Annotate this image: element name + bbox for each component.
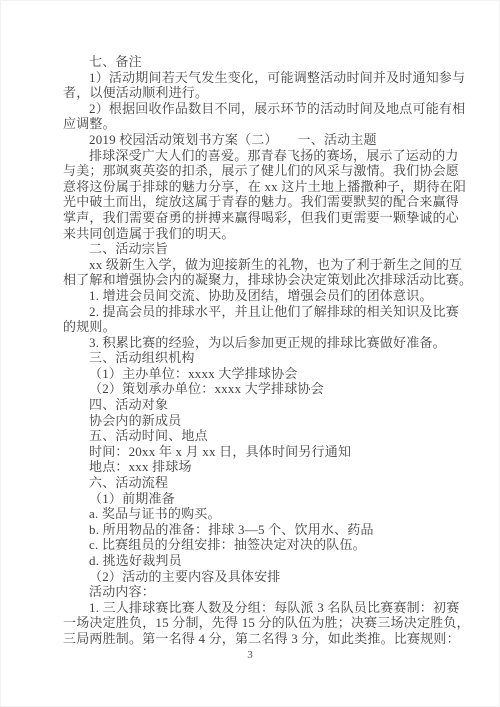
text-line: 1. 三人排球赛比赛人数及分组：每队派 3 名队员比赛赛制：初赛 [63,600,443,616]
page-number: 3 [1,649,499,661]
text-line: d. 挑选好裁判员 [63,553,443,569]
text-line: 排球深受广大人们的喜爱。那青春飞扬的赛场，展示了运动的力 [63,148,443,164]
text-line: （1）前期准备 [63,491,443,507]
text-line: 七、备注 [63,54,443,70]
text-line: 五、活动时间、地点 [63,428,443,444]
text-line: 与美；那飒爽英姿的扣杀，展示了健儿们的风采与激情。我们协会愿 [63,163,443,179]
text-line: 1）活动期间若天气发生变化，可能调整活动时间并及时通知参与 [63,70,443,86]
text-line: 2019 校园活动策划书方案（二） 一、活动主题 [63,132,443,148]
text-line: 的规则。 [63,319,443,335]
text-line: 相了解和增强协会内的凝聚力，排球协会决定策划此次排球活动比赛。 [63,272,443,288]
text-line: 2. 提高会员的排球水平，并且让他们了解排球的相关知识及比赛 [63,304,443,320]
text-line: 意将这份属于排球的魅力分享，在 xx 这片土地上播撒种子，期待在阳 [63,179,443,195]
text-line: 者，以便活动顺利进行。 [63,85,443,101]
document-lines: 七、备注1）活动期间若天气发生变化，可能调整活动时间并及时通知参与者，以便活动顺… [63,54,443,647]
text-line: 一场决定胜负，15 分制，先得 15 分的队伍为胜；决赛三场决定胜负， [63,615,443,631]
document-page: 七、备注1）活动期间若天气发生变化，可能调整活动时间并及时通知参与者，以便活动顺… [0,0,500,707]
text-line: c. 比赛组员的分组安排：抽签决定对决的队伍。 [63,537,443,553]
text-line: 六、活动流程 [63,475,443,491]
text-line: b. 所用物品的准备：排球 3—5 个、饮用水、药品 [63,522,443,538]
text-line: 时间：20xx 年 x 月 xx 日，具体时间另行通知 [63,444,443,460]
text-line: 二、活动宗旨 [63,241,443,257]
text-line: 光中破土而出，绽放这属于青春的魅力。我们需要默契的配合来赢得 [63,194,443,210]
text-line: a. 奖品与证书的购买。 [63,506,443,522]
text-line: 地点：xxx 排球场 [63,459,443,475]
text-line: 1. 增进会员间交流、协助及团结，增强会员们的团体意识。 [63,288,443,304]
text-line: 四、活动对象 [63,397,443,413]
text-line: 三、活动组织机构 [63,350,443,366]
text-line: 协会内的新成员 [63,413,443,429]
text-line: 来共同创造属于我们的明天。 [63,226,443,242]
text-line: （2）策划承办单位：xxxx 大学排球协会 [63,381,443,397]
text-line: 三局两胜制。第一名得 4 分，第二名得 3 分，如此类推。比赛规则： [63,631,443,647]
text-line: （2）活动的主要内容及具体安排 [63,569,443,585]
text-line: 2）根据回收作品数目不同，展示环节的活动时间及地点可能有相 [63,101,443,117]
text-line: 应调整。 [63,116,443,132]
text-line: （1）主办单位：xxxx 大学排球协会 [63,366,443,382]
text-line: 掌声，我们需要奋勇的拼搏来赢得喝彩，但我们更需要一颗挚诚的心 [63,210,443,226]
text-line: 3. 积累比赛的经验，为以后参加更正规的排球比赛做好准备。 [63,335,443,351]
text-line: 活动内容： [63,584,443,600]
text-line: xx 级新生入学，做为迎接新生的礼物，也为了利于新生之间的互 [63,257,443,273]
